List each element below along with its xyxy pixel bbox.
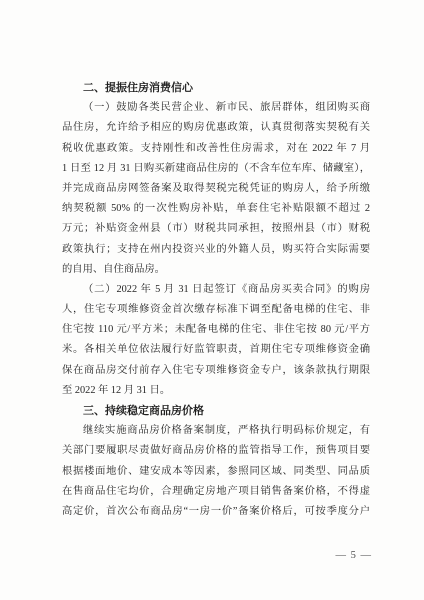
document-line: 根据楼面地价、建安成本等因素，参照同区域、同类型、同品质 bbox=[62, 462, 370, 482]
document-line: 万元；补贴资金州县（市）财税共同承担，按照州县（市）财税 bbox=[62, 219, 370, 239]
document-line: 继续实施商品房价格备案制度，严格执行明码标价规定，有 bbox=[62, 421, 370, 441]
document-line: 纳契税额 50% 的一次性购房补贴，单套住宅补贴限额不超过 2 bbox=[62, 199, 370, 219]
document-line: 高定价，首次公布商品房“一房一价”备案价格后，可按季度分户 bbox=[62, 502, 370, 522]
document-line: 关部门要履职尽责做好商品房价格的监管指导工作，预售项目要 bbox=[62, 441, 370, 461]
document-line: （一）鼓励各类民营企业、新市民、旅居群体，组团购买商 bbox=[62, 98, 370, 118]
page-number: — 5 — bbox=[336, 549, 373, 563]
document-line: 在售商品住宅均价，合理确定房地产项目销售备案价格，不得虚 bbox=[62, 482, 370, 502]
document-line: 政策执行；支持在州内投资兴业的外籍人员，购买符合实际需要 bbox=[62, 240, 370, 260]
document-line: 的自用、自住商品房。 bbox=[62, 260, 370, 280]
document-page: 二、提振住房消费信心（一）鼓励各类民营企业、新市民、旅居群体，组团购买商品住房，… bbox=[0, 0, 424, 600]
document-line: 保在商品房交付前存入住宅专项维修资金专户，该条款执行期限 bbox=[62, 361, 370, 381]
document-line: 人，住宅专项维修资金首次缴存标准下调至配备电梯的住宅、非 bbox=[62, 300, 370, 320]
document-line: 并完成商品房网签备案及取得契税完税凭证的购房人，给予所缴 bbox=[62, 179, 370, 199]
document-line: 住宅按 110 元/平方米；未配备电梯的住宅、非住宅按 80 元/平方 bbox=[62, 320, 370, 340]
section-heading: 三、持续稳定商品房价格 bbox=[62, 401, 370, 421]
document-line: 品住房，允许给予相应的购房优惠政策，认真贯彻落实契税有关 bbox=[62, 118, 370, 138]
document-line: 税收优惠政策。支持刚性和改善性住房需求，对在 2022 年 7 月 bbox=[62, 139, 370, 159]
document-body: 二、提振住房消费信心（一）鼓励各类民营企业、新市民、旅居群体，组团购买商品住房，… bbox=[62, 78, 370, 522]
section-heading: 二、提振住房消费信心 bbox=[62, 78, 370, 98]
document-line: （二）2022 年 5 月 31 日起签订《商品房买卖合同》的购房 bbox=[62, 280, 370, 300]
document-line: 1 日至 12 月 31 日购买新建商品住房的（不含车位车库、储藏室）， bbox=[62, 159, 370, 179]
document-line: 至 2022 年 12 月 31 日。 bbox=[62, 381, 370, 401]
document-line: 米。各相关单位依法履行好监管职责，首期住宅专项维修资金确 bbox=[62, 340, 370, 360]
